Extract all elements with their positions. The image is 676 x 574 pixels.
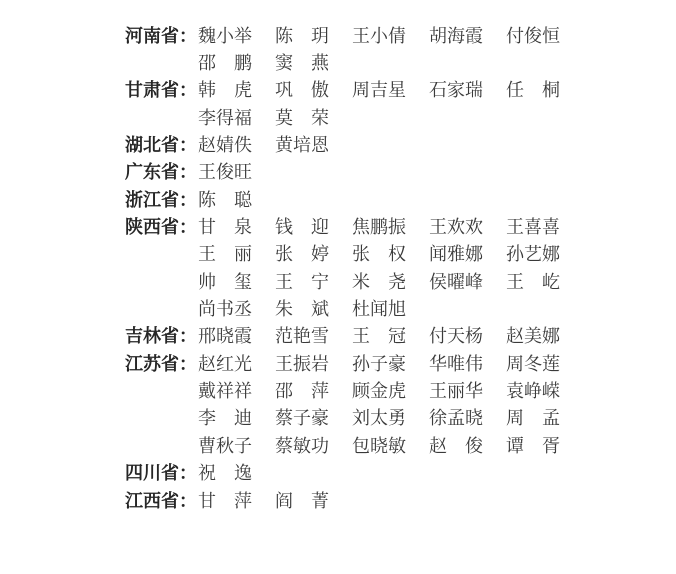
name-char: 丞 <box>234 295 252 321</box>
name-char: 振 <box>388 213 406 239</box>
name-char: 蔡 <box>275 404 293 430</box>
name-char: 霞 <box>234 322 252 348</box>
name-char: 泉 <box>234 213 252 239</box>
name-char: 旭 <box>388 295 406 321</box>
name-line: 戴祥祥邵萍顾金虎王丽华袁峥嵘 <box>198 377 560 403</box>
name-char: 燕 <box>311 49 329 75</box>
name-char: 海 <box>447 22 465 48</box>
name-line: 王丽张婷张权闻雅娜孙艺娜 <box>198 240 560 266</box>
name-char: 华 <box>429 350 447 376</box>
name-char: 杨 <box>465 322 483 348</box>
name-char: 家 <box>447 76 465 102</box>
name-char: 子 <box>293 404 311 430</box>
person-name: 王喜喜 <box>506 213 560 239</box>
name-line: 甘萍阎菁 <box>198 487 329 513</box>
roster-row: 王丽张婷张权闻雅娜孙艺娜 <box>0 240 560 267</box>
name-char: 宁 <box>311 268 329 294</box>
person-name: 李得福 <box>198 104 252 130</box>
roster-row: 李得福莫荣 <box>0 103 560 130</box>
province-label: 广东省： <box>125 158 198 184</box>
person-name: 赵婧佚 <box>198 131 252 157</box>
roster-row: 甘肃省：韩虎巩傲周吉星石家瑞任桐 <box>0 76 560 103</box>
name-char: 逸 <box>234 459 252 485</box>
name-char: 袁 <box>506 377 524 403</box>
person-name: 张婷 <box>275 240 329 266</box>
name-char: 祥 <box>234 377 252 403</box>
name-line: 赵婧佚黄培恩 <box>198 131 329 157</box>
name-char: 戴 <box>198 377 216 403</box>
name-char: 豪 <box>388 350 406 376</box>
name-char: 恩 <box>311 131 329 157</box>
name-char: 王 <box>506 268 524 294</box>
name-char: 朱 <box>275 295 293 321</box>
roster-row: 四川省：祝逸 <box>0 459 560 486</box>
name-line: 甘泉钱迎焦鹏振王欢欢王喜喜 <box>198 213 560 239</box>
name-char: 张 <box>275 240 293 266</box>
name-char: 谭 <box>506 432 524 458</box>
name-char: 金 <box>370 377 388 403</box>
name-char: 王 <box>352 322 370 348</box>
name-char: 石 <box>429 76 447 102</box>
name-char: 旺 <box>234 158 252 184</box>
name-char: 胥 <box>542 432 560 458</box>
name-char: 功 <box>311 432 329 458</box>
name-char: 桐 <box>542 76 560 102</box>
name-char: 顾 <box>352 377 370 403</box>
person-name: 侯曜峰 <box>429 268 483 294</box>
roster-row: 广东省：王俊旺 <box>0 158 560 185</box>
person-name: 王欢欢 <box>429 213 483 239</box>
name-line: 尚书丞朱斌杜闻旭 <box>198 295 406 321</box>
name-char: 赵 <box>198 350 216 376</box>
name-char: 权 <box>388 240 406 266</box>
name-char: 聪 <box>234 186 252 212</box>
person-name: 蔡敏功 <box>275 432 329 458</box>
name-char: 曜 <box>447 268 465 294</box>
name-line: 李迪蔡子豪刘太勇徐孟晓周孟 <box>198 404 560 430</box>
name-char: 付 <box>506 22 524 48</box>
name-char: 刘 <box>352 404 370 430</box>
person-name: 王丽 <box>198 240 252 266</box>
person-name: 邵萍 <box>275 377 329 403</box>
person-name: 莫荣 <box>275 104 329 130</box>
name-char: 娜 <box>542 240 560 266</box>
person-name: 王丽华 <box>429 377 483 403</box>
name-char: 晓 <box>370 432 388 458</box>
province-label: 四川省： <box>125 459 198 485</box>
name-char: 鹏 <box>234 49 252 75</box>
person-name: 邵鹏 <box>198 49 252 75</box>
name-char: 帅 <box>198 268 216 294</box>
name-char: 阎 <box>275 487 293 513</box>
roster-row: 湖北省：赵婧佚黄培恩 <box>0 130 560 157</box>
name-char: 瑞 <box>465 76 483 102</box>
name-char: 霞 <box>465 22 483 48</box>
name-char: 嵘 <box>542 377 560 403</box>
name-char: 迎 <box>311 213 329 239</box>
name-char: 范 <box>275 322 293 348</box>
name-char: 欢 <box>465 213 483 239</box>
name-char: 王 <box>429 213 447 239</box>
name-char: 星 <box>388 76 406 102</box>
name-line: 赵红光王振岩孙子豪华唯伟周冬莲 <box>198 350 560 376</box>
person-name: 付俊恒 <box>506 22 560 48</box>
person-name: 顾金虎 <box>352 377 406 403</box>
name-char: 喜 <box>542 213 560 239</box>
name-char: 艺 <box>524 240 542 266</box>
name-char: 包 <box>352 432 370 458</box>
person-name: 张权 <box>352 240 406 266</box>
person-name: 付天杨 <box>429 322 483 348</box>
person-name: 赵美娜 <box>506 322 560 348</box>
name-char: 艳 <box>293 322 311 348</box>
name-char: 冠 <box>388 322 406 348</box>
name-char: 祝 <box>198 459 216 485</box>
name-char: 曹 <box>198 432 216 458</box>
name-char: 迪 <box>234 404 252 430</box>
roster: 河南省：魏小举陈玥王小倩胡海霞付俊恒邵鹏窦燕甘肃省：韩虎巩傲周吉星石家瑞任桐李得… <box>0 21 560 513</box>
person-name: 焦鹏振 <box>352 213 406 239</box>
person-name: 尚书丞 <box>198 295 252 321</box>
province-label: 吉林省： <box>125 322 198 348</box>
name-char: 荣 <box>311 104 329 130</box>
roster-row: 邵鹏窦燕 <box>0 48 560 75</box>
name-char: 娜 <box>542 322 560 348</box>
roster-row: 江苏省：赵红光王振岩孙子豪华唯伟周冬莲 <box>0 349 560 376</box>
name-char: 伟 <box>465 350 483 376</box>
person-name: 胡海霞 <box>429 22 483 48</box>
province-label: 湖北省： <box>125 131 198 157</box>
person-name: 孙艺娜 <box>506 240 560 266</box>
name-char: 鹏 <box>370 213 388 239</box>
person-name: 甘萍 <box>198 487 252 513</box>
name-char: 岩 <box>311 350 329 376</box>
name-line: 韩虎巩傲周吉星石家瑞任桐 <box>198 76 560 102</box>
name-char: 萍 <box>311 377 329 403</box>
name-char: 斌 <box>311 295 329 321</box>
name-char: 闻 <box>429 240 447 266</box>
name-char: 玺 <box>234 268 252 294</box>
person-name: 陈聪 <box>198 186 252 212</box>
name-char: 玥 <box>311 22 329 48</box>
name-char: 邢 <box>198 322 216 348</box>
person-name: 窦燕 <box>275 49 329 75</box>
name-char: 赵 <box>506 322 524 348</box>
province-label: 甘肃省： <box>125 76 198 102</box>
name-char: 书 <box>216 295 234 321</box>
person-name: 刘太勇 <box>352 404 406 430</box>
name-char: 振 <box>293 350 311 376</box>
name-char: 晓 <box>216 322 234 348</box>
roster-row: 江西省：甘萍阎菁 <box>0 486 560 513</box>
person-name: 谭胥 <box>506 432 560 458</box>
person-name: 范艳雪 <box>275 322 329 348</box>
name-char: 喜 <box>524 213 542 239</box>
name-char: 峥 <box>524 377 542 403</box>
name-char: 闻 <box>370 295 388 321</box>
name-char: 张 <box>352 240 370 266</box>
name-char: 得 <box>216 104 234 130</box>
name-char: 邵 <box>198 49 216 75</box>
name-char: 小 <box>370 22 388 48</box>
name-line: 魏小举陈玥王小倩胡海霞付俊恒 <box>198 22 560 48</box>
person-name: 帅玺 <box>198 268 252 294</box>
person-name: 王宁 <box>275 268 329 294</box>
name-char: 秋 <box>216 432 234 458</box>
name-char: 赵 <box>429 432 447 458</box>
name-char: 李 <box>198 404 216 430</box>
province-label: 陕西省： <box>125 213 198 239</box>
person-name: 朱斌 <box>275 295 329 321</box>
person-name: 孙子豪 <box>352 350 406 376</box>
name-char: 恒 <box>542 22 560 48</box>
name-char: 培 <box>293 131 311 157</box>
name-char: 美 <box>524 322 542 348</box>
roster-row: 帅玺王宁米尧侯曜峰王屹 <box>0 267 560 294</box>
name-char: 菁 <box>311 487 329 513</box>
name-line: 祝逸 <box>198 459 252 485</box>
name-char: 甘 <box>198 213 216 239</box>
name-char: 任 <box>506 76 524 102</box>
person-name: 任桐 <box>506 76 560 102</box>
province-label: 江西省： <box>125 487 198 513</box>
name-char: 王 <box>275 268 293 294</box>
name-char: 傲 <box>311 76 329 102</box>
name-char: 黄 <box>275 131 293 157</box>
name-char: 虎 <box>388 377 406 403</box>
person-name: 赵红光 <box>198 350 252 376</box>
person-name: 戴祥祥 <box>198 377 252 403</box>
name-char: 福 <box>234 104 252 130</box>
person-name: 王小倩 <box>352 22 406 48</box>
name-char: 娜 <box>465 240 483 266</box>
name-char: 孙 <box>506 240 524 266</box>
name-char: 祥 <box>216 377 234 403</box>
name-char: 周 <box>352 76 370 102</box>
name-char: 唯 <box>447 350 465 376</box>
person-name: 杜闻旭 <box>352 295 406 321</box>
name-char: 孟 <box>542 404 560 430</box>
name-char: 红 <box>216 350 234 376</box>
person-name: 石家瑞 <box>429 76 483 102</box>
person-name: 周吉星 <box>352 76 406 102</box>
person-name: 周孟 <box>506 404 560 430</box>
name-char: 子 <box>234 432 252 458</box>
name-char: 王 <box>198 240 216 266</box>
person-name: 陈玥 <box>275 22 329 48</box>
person-name: 祝逸 <box>198 459 252 485</box>
name-char: 莫 <box>275 104 293 130</box>
name-char: 杜 <box>352 295 370 321</box>
name-char: 王 <box>429 377 447 403</box>
name-char: 萍 <box>234 487 252 513</box>
name-char: 小 <box>216 22 234 48</box>
person-name: 曹秋子 <box>198 432 252 458</box>
name-char: 孟 <box>447 404 465 430</box>
name-char: 侯 <box>429 268 447 294</box>
name-char: 俊 <box>524 22 542 48</box>
name-char: 敏 <box>388 432 406 458</box>
name-char: 倩 <box>388 22 406 48</box>
province-label: 河南省： <box>125 22 198 48</box>
person-name: 王俊旺 <box>198 158 252 184</box>
name-char: 韩 <box>198 76 216 102</box>
name-line: 李得福莫荣 <box>198 104 329 130</box>
name-char: 丽 <box>234 240 252 266</box>
person-name: 王振岩 <box>275 350 329 376</box>
name-line: 邢晓霞范艳雪王冠付天杨赵美娜 <box>198 322 560 348</box>
name-char: 欢 <box>447 213 465 239</box>
name-char: 屹 <box>542 268 560 294</box>
name-char: 窦 <box>275 49 293 75</box>
name-line: 曹秋子蔡敏功包晓敏赵俊谭胥 <box>198 432 560 458</box>
name-char: 陈 <box>198 186 216 212</box>
name-char: 邵 <box>275 377 293 403</box>
name-char: 巩 <box>275 76 293 102</box>
name-char: 冬 <box>524 350 542 376</box>
name-char: 天 <box>447 322 465 348</box>
name-char: 举 <box>234 22 252 48</box>
person-name: 李迪 <box>198 404 252 430</box>
name-char: 尚 <box>198 295 216 321</box>
name-char: 雪 <box>311 322 329 348</box>
person-name: 华唯伟 <box>429 350 483 376</box>
name-line: 陈聪 <box>198 186 252 212</box>
person-name: 赵俊 <box>429 432 483 458</box>
document-page: 河南省：魏小举陈玥王小倩胡海霞付俊恒邵鹏窦燕甘肃省：韩虎巩傲周吉星石家瑞任桐李得… <box>0 0 676 574</box>
roster-row: 尚书丞朱斌杜闻旭 <box>0 294 560 321</box>
name-char: 焦 <box>352 213 370 239</box>
roster-row: 陕西省：甘泉钱迎焦鹏振王欢欢王喜喜 <box>0 212 560 239</box>
person-name: 韩虎 <box>198 76 252 102</box>
person-name: 阎菁 <box>275 487 329 513</box>
roster-row: 浙江省：陈聪 <box>0 185 560 212</box>
name-char: 赵 <box>198 131 216 157</box>
name-char: 陈 <box>275 22 293 48</box>
person-name: 邢晓霞 <box>198 322 252 348</box>
name-char: 佚 <box>234 131 252 157</box>
person-name: 袁峥嵘 <box>506 377 560 403</box>
person-name: 巩傲 <box>275 76 329 102</box>
name-char: 丽 <box>447 377 465 403</box>
name-char: 吉 <box>370 76 388 102</box>
name-char: 付 <box>429 322 447 348</box>
name-char: 雅 <box>447 240 465 266</box>
name-char: 钱 <box>275 213 293 239</box>
name-char: 晓 <box>465 404 483 430</box>
person-name: 王冠 <box>352 322 406 348</box>
person-name: 钱迎 <box>275 213 329 239</box>
name-line: 王俊旺 <box>198 158 252 184</box>
name-char: 光 <box>234 350 252 376</box>
name-char: 周 <box>506 404 524 430</box>
name-char: 王 <box>352 22 370 48</box>
name-char: 子 <box>370 350 388 376</box>
name-line: 帅玺王宁米尧侯曜峰王屹 <box>198 268 560 294</box>
name-char: 王 <box>198 158 216 184</box>
name-char: 王 <box>506 213 524 239</box>
person-name: 米尧 <box>352 268 406 294</box>
name-char: 俊 <box>465 432 483 458</box>
roster-row: 河南省：魏小举陈玥王小倩胡海霞付俊恒 <box>0 21 560 48</box>
person-name: 王屹 <box>506 268 560 294</box>
name-char: 孙 <box>352 350 370 376</box>
name-char: 胡 <box>429 22 447 48</box>
name-char: 徐 <box>429 404 447 430</box>
person-name: 包晓敏 <box>352 432 406 458</box>
person-name: 徐孟晓 <box>429 404 483 430</box>
name-char: 豪 <box>311 404 329 430</box>
person-name: 魏小举 <box>198 22 252 48</box>
name-char: 俊 <box>216 158 234 184</box>
name-char: 勇 <box>388 404 406 430</box>
name-line: 邵鹏窦燕 <box>198 49 329 75</box>
person-name: 闻雅娜 <box>429 240 483 266</box>
person-name: 周冬莲 <box>506 350 560 376</box>
name-char: 甘 <box>198 487 216 513</box>
name-char: 莲 <box>542 350 560 376</box>
name-char: 米 <box>352 268 370 294</box>
name-char: 婷 <box>311 240 329 266</box>
name-char: 蔡 <box>275 432 293 458</box>
name-char: 李 <box>198 104 216 130</box>
name-char: 周 <box>506 350 524 376</box>
province-label: 浙江省： <box>125 186 198 212</box>
roster-row: 李迪蔡子豪刘太勇徐孟晓周孟 <box>0 404 560 431</box>
name-char: 尧 <box>388 268 406 294</box>
roster-row: 戴祥祥邵萍顾金虎王丽华袁峥嵘 <box>0 376 560 403</box>
province-label: 江苏省： <box>125 350 198 376</box>
name-char: 魏 <box>198 22 216 48</box>
person-name: 蔡子豪 <box>275 404 329 430</box>
name-char: 婧 <box>216 131 234 157</box>
person-name: 黄培恩 <box>275 131 329 157</box>
name-char: 峰 <box>465 268 483 294</box>
name-char: 华 <box>465 377 483 403</box>
name-char: 敏 <box>293 432 311 458</box>
roster-row: 吉林省：邢晓霞范艳雪王冠付天杨赵美娜 <box>0 322 560 349</box>
person-name: 甘泉 <box>198 213 252 239</box>
roster-row: 曹秋子蔡敏功包晓敏赵俊谭胥 <box>0 431 560 458</box>
name-char: 虎 <box>234 76 252 102</box>
name-char: 王 <box>275 350 293 376</box>
name-char: 太 <box>370 404 388 430</box>
